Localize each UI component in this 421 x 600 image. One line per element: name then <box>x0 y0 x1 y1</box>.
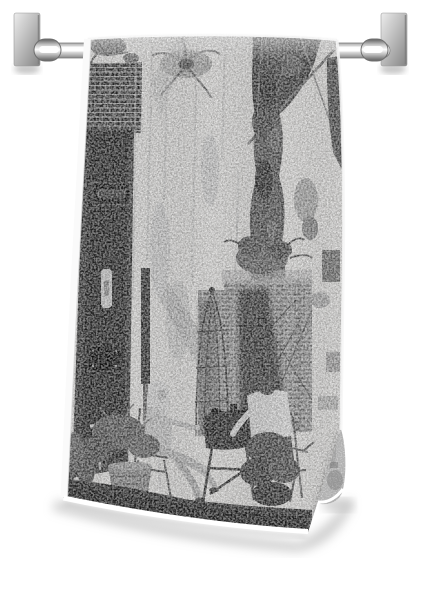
towel-print-scene <box>55 30 350 540</box>
left-bracket-plate <box>14 13 40 66</box>
mockup-stage <box>0 0 421 600</box>
right-rod-elbow <box>361 39 388 61</box>
left-rod-elbow <box>34 39 61 61</box>
towel-on-rail-illustration <box>0 0 421 600</box>
left-elbow-highlight <box>39 46 59 53</box>
grain-light <box>55 30 350 540</box>
towel-front <box>55 30 350 540</box>
left-bracket <box>14 13 40 66</box>
right-elbow-highlight <box>363 46 383 53</box>
